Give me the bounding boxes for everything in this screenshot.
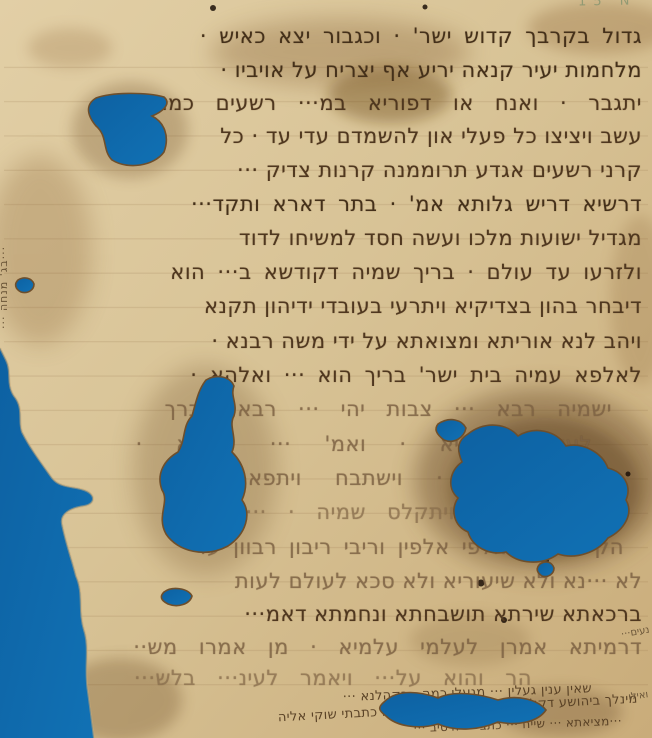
text-line: ויהב לנא אוריתא ומצואתא על ידי משה רבנא … [12,331,642,352]
text-line: דרמיתא אמרן לעלמי עלמיא · מן אמרו מש·· [12,637,642,658]
torn-left-edge [0,348,94,738]
damage-holes [0,0,652,738]
marginal-note-right: ואילו·· [621,690,649,704]
text-line: הר והוא על··· ויאמר לעינ··· בלש··· [12,668,532,689]
text-line: מגדיל ישועות מלכו ועשה חסד למשיחו לדוד [12,228,642,249]
parchment-artwork [0,0,652,738]
manuscript-text: 15 N גדול בקרבך קדוש ישר' · וכגבור יצא כ… [0,0,652,738]
hole-small-mid [161,589,192,606]
gloss-line: מינלך ביהושע דקל על··· אלין ישבין טרם כמ… [85,693,638,735]
text-line: מלחמות יעיר קנאה יריע אף יצריח על אויביו… [12,60,642,81]
gloss-line: שאין ענין געלין ··· מנעלי כמה · בקהלנא ·… [90,682,592,713]
ink-blots [210,5,631,624]
hole-center-gourd [160,377,247,553]
hole-top [89,93,167,165]
stains [0,2,652,738]
holes [16,93,629,729]
gloss-line: ···מציאתא ··· שייח ··· כתב ··· היטיב ··· [95,715,622,738]
text-line: דיבחר בהון בצדיקיא ויתרעי בעובדי ידיהון … [12,296,642,317]
text-line: ויתעלה ויתקלס שמיה · ···א בר·· [12,502,542,523]
text-line: גדול בקרבך קדוש ישר' · וכגבור יצא כאיש · [12,26,642,47]
shelfmark-label: 15 N [577,0,636,10]
text-line: לעלמי עלמיא · ואמ' ··· עלמיא · [12,434,592,455]
hole-bottom [380,693,546,730]
text-line: יתגבר · ואנח או דפוריא במ··· רשעים כמו [12,93,642,114]
text-line: אמן · וישתבח ויתפאר ··· [12,468,512,489]
scorched-island [486,453,538,491]
marginal-note-vertical: ···בג' מנחה ··· [0,246,10,376]
text-line: ולזרעו עד עולם · בריך שמיה דקודשא ב··· ה… [12,262,642,283]
parchment [0,0,652,738]
text-line: לא ···נא ולא שיעוריא ולא סכא לעולם לעות [12,571,642,592]
text-line: ברכאתא שירתא תושבחתא ונחמתא דאמ··· [12,604,642,625]
ruling-lines [4,38,648,706]
text-line: ישמיה רבא ··· צבות יהי ··· רבא מברך [12,399,612,420]
text-line: עשב ויציצו כל פעלי און להשמדם עדי עד · כ… [12,126,642,147]
hole-right-large [451,425,629,562]
marginal-note-right: נעים··· [621,626,651,641]
text-line: קרני רשעים אגדע תרוממנה קרנות צדיק ··· [12,160,642,181]
hole-left-small [16,278,34,293]
torn-left-edge-fringe [0,348,94,738]
parchment-texture [0,2,652,738]
hole-tiny [537,562,554,577]
text-line: לאלפא עמיה בית ישר' בריך הוא ··· ואלהא · [12,365,642,386]
manuscript-photo: 15 N גדול בקרבך קדוש ישר' · וכגבור יצא כ… [0,0,652,738]
text-line: הק··· אלף אלפי אלפין וריבי ריבון רבוון ע… [12,537,624,558]
text-line: דרשיא דריש גלותא אמ' · בתר דארא ותקד··· [12,194,642,215]
hole-right-satellite [436,420,466,442]
